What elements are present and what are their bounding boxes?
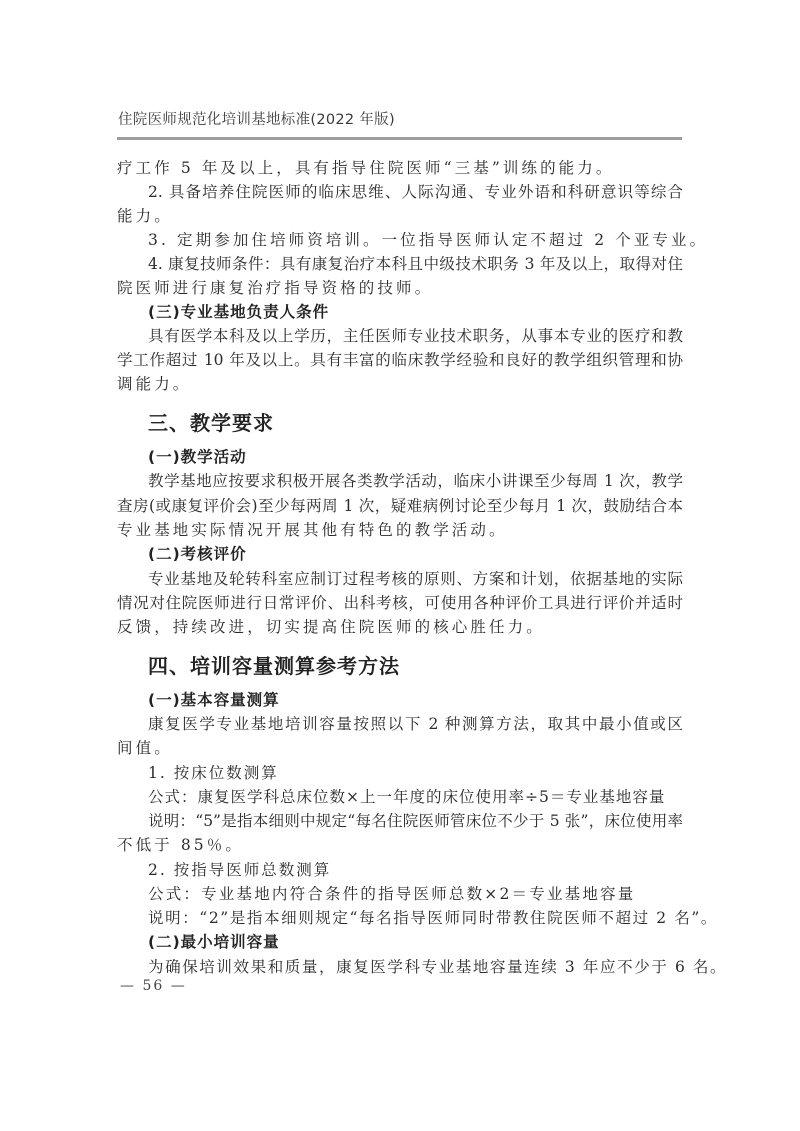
paragraph-line: 学工作超过 10 年及以上。具有丰富的临床教学经验和良好的教学组织管理和协 [117, 348, 683, 372]
paragraph-line: 查房(或康复评价会)至少每两周 1 次，疑难病例讨论至少每月 1 次，鼓励结合本 [117, 494, 683, 518]
paragraph-line: 说明：“2”是指本细则规定“每名指导医师同时带教住院医师不超过 2 名”。 [148, 906, 683, 930]
subsection-heading: (三)专业基地负责人条件 [148, 300, 329, 322]
paragraph-line: 情况对住院医师进行日常评价、出科考核，可使用各种评价工具进行评价并适时 [117, 591, 683, 615]
running-header: 住院医师规范化培训基地标准(2022 年版) [118, 108, 395, 129]
paragraph-line: 4. 康复技师条件：具有康复治疗本科且中级技术职务 3 年及以上，取得对住 [148, 252, 683, 276]
paragraph-line: 疗工作 5 年及以上，具有指导住院医师“三基”训练的能力。 [117, 156, 683, 180]
subsection-heading: (一)教学活动 [148, 445, 247, 467]
subsection-heading: (二)考核评价 [148, 542, 247, 564]
paragraph-line: 院医师进行康复治疗指导资格的技师。 [117, 276, 683, 300]
formula-line: 公式：专业基地内符合条件的指导医师总数×2＝专业基地容量 [148, 882, 683, 906]
paragraph-line: 为确保培训效果和质量，康复医学科专业基地容量连续 3 年应不少于 6 名。 [148, 955, 683, 979]
formula-line: 公式：康复医学科总床位数×上一年度的床位使用率÷5＝专业基地容量 [148, 785, 683, 809]
paragraph-line: 具有医学本科及以上学历，主任医师专业技术职务，从事本专业的医疗和教 [148, 324, 683, 348]
paragraph-line: 专业基地实际情况开展其他有特色的教学活动。 [117, 518, 683, 542]
section-heading: 四、培训容量测算参考方法 [148, 650, 400, 679]
subsection-heading: (二)最小培训容量 [148, 930, 280, 952]
paragraph-line: 间值。 [117, 736, 683, 760]
paragraph-line: 调能力。 [117, 372, 683, 396]
paragraph-line: 3. 定期参加住培师资培训。一位指导医师认定不超过 2 个亚专业。 [148, 228, 683, 252]
method-title: 1. 按床位数测算 [148, 761, 683, 785]
paragraph-line: 能力。 [117, 204, 683, 228]
paragraph-line: 康复医学专业基地培训容量按照以下 2 种测算方法，取其中最小值或区 [148, 712, 683, 736]
paragraph-line: 专业基地及轮转科室应制订过程考核的原则、方案和计划，依据基地的实际 [148, 567, 683, 591]
page-number: — 56 — [120, 978, 187, 994]
header-rule [117, 137, 682, 140]
paragraph-line: 2. 具备培养住院医师的临床思维、人际沟通、专业外语和科研意识等综合 [148, 180, 683, 204]
document-page: 住院医师规范化培训基地标准(2022 年版) 疗工作 5 年及以上，具有指导住院… [0, 0, 800, 1131]
subsection-heading: (一)基本容量测算 [148, 688, 280, 710]
paragraph-line: 说明：“5”是指本细则中规定“每名住院医师管床位不少于 5 张”，床位使用率 [148, 809, 683, 833]
paragraph-line: 反馈，持续改进，切实提高住院医师的核心胜任力。 [117, 615, 683, 639]
paragraph-line: 教学基地应按要求积极开展各类教学活动，临床小讲课至少每周 1 次，教学 [148, 469, 683, 493]
paragraph-line: 不低于 85％。 [117, 833, 683, 857]
method-title: 2. 按指导医师总数测算 [148, 858, 683, 882]
section-heading: 三、教学要求 [148, 407, 274, 436]
